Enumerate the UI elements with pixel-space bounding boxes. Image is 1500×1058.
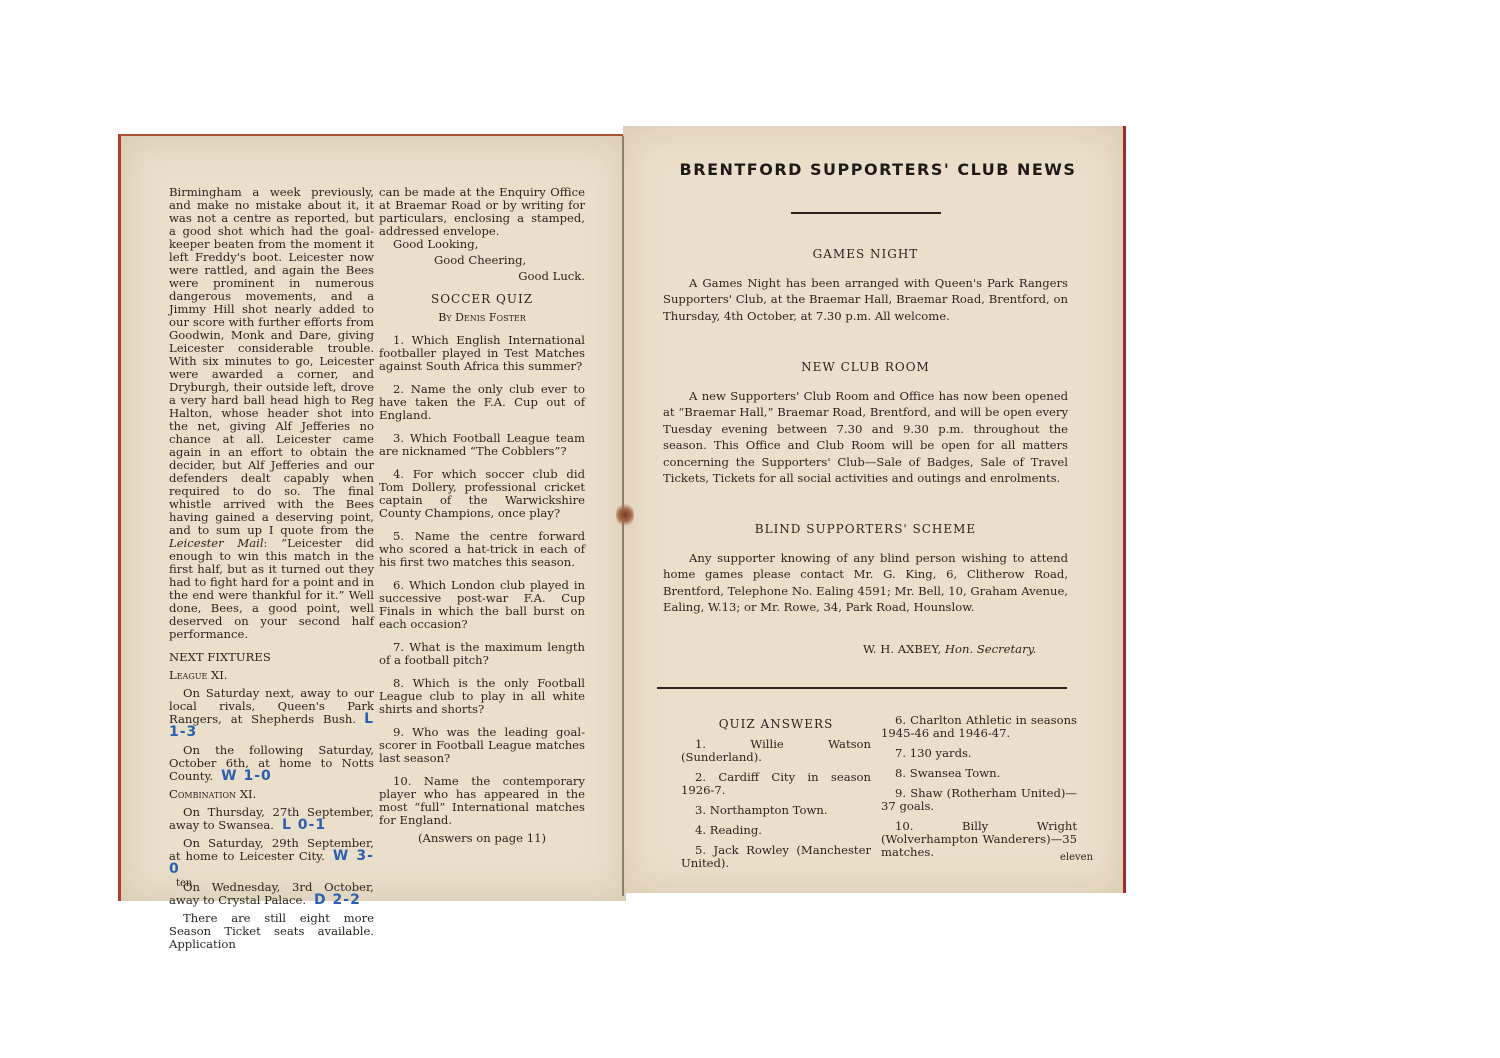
fixture-item: On Thursday, 27th September, away to Swa… (169, 806, 374, 832)
handwritten-result: W 1-0 (221, 768, 272, 784)
combination-heading: Combination XI. (169, 788, 374, 801)
signoff-line: Good Luck. (379, 270, 585, 283)
quiz-question: 4. For which soccer club did Tom Dollery… (379, 468, 585, 520)
season-ticket-note: There are still eight more Season Ticket… (169, 912, 374, 951)
quiz-answer: 2. Cardiff City in season 1926-7. (681, 771, 871, 797)
left-page: Birmingham a week previously, and make n… (118, 134, 626, 901)
divider (657, 687, 1067, 689)
quiz-answer: 10. Billy Wright (Wolverhampton Wanderer… (881, 820, 1077, 859)
quiz-answers-heading: QUIZ ANSWERS (681, 718, 871, 731)
fixture-item: On Saturday next, away to our local riva… (169, 687, 374, 739)
section-heading: NEW CLUB ROOM (663, 359, 1068, 376)
quiz-answer: 4. Reading. (681, 824, 871, 837)
signature-title: Hon. Secretary. (945, 642, 1036, 656)
section-heading: GAMES NIGHT (663, 246, 1068, 263)
section-body: A Games Night has been arranged with Que… (663, 275, 1068, 325)
league-heading: League XI. (169, 669, 374, 682)
section-blind-supporters: BLIND SUPPORTERS' SCHEME Any supporter k… (663, 521, 1068, 616)
quiz-answers-col-2: 6. Charlton Athletic in seasons 1945-46 … (881, 714, 1077, 866)
fixture-item: On Saturday, 29th September, at home to … (169, 837, 374, 876)
divider (791, 212, 941, 214)
handwritten-result: L 0-1 (282, 817, 326, 833)
right-page: BRENTFORD SUPPORTERS' CLUB NEWS GAMES NI… (623, 126, 1126, 893)
quiz-question: 6. Which London club played in successiv… (379, 579, 585, 631)
programme-spread: Birmingham a week previously, and make n… (118, 126, 1128, 901)
handwritten-result: D 2-2 (314, 892, 361, 908)
signature: W. H. AXBEY, Hon. Secretary. (863, 642, 1036, 656)
quiz-question: 10. Name the contemporary player who has… (379, 775, 585, 827)
fixture-item: On Wednesday, 3rd October, away to Cryst… (169, 881, 374, 907)
quiz-question: 9. Who was the leading goal-scorer in Fo… (379, 726, 585, 765)
quiz-question: 5. Name the centre forward who scored a … (379, 530, 585, 569)
quiz-question: 3. Which Football League team are nickna… (379, 432, 585, 458)
quiz-answer: 1. Willie Watson (Sunderland). (681, 738, 871, 764)
left-column-1: Birmingham a week previously, and make n… (169, 186, 374, 951)
fixtures-heading: NEXT FIXTURES (169, 651, 374, 664)
answers-note: (Answers on page 11) (379, 832, 585, 845)
page-title: BRENTFORD SUPPORTERS' CLUB NEWS (678, 160, 1078, 179)
quiz-answer: 9. Shaw (Rotherham United)—37 goals. (881, 787, 1077, 813)
quiz-question: 1. Which English International footballe… (379, 334, 585, 373)
section-body: A new Supporters' Club Room and Office h… (663, 388, 1068, 487)
signature-name: W. H. AXBEY, (863, 642, 941, 656)
signoff-line: Good Cheering, (379, 254, 585, 267)
quiz-question: 7. What is the maximum length of a footb… (379, 641, 585, 667)
section-heading: BLIND SUPPORTERS' SCHEME (663, 521, 1068, 538)
section-body: Any supporter knowing of any blind perso… (663, 550, 1068, 616)
quiz-answer: 8. Swansea Town. (881, 767, 1077, 780)
signoff-line: Good Looking, (379, 238, 585, 251)
page-number-right: eleven (1060, 852, 1093, 863)
quiz-question: 8. Which is the only Football League clu… (379, 677, 585, 716)
staple-stain (616, 502, 634, 528)
quiz-title: SOCCER QUIZ (379, 293, 585, 306)
page-number-left: ten (176, 878, 192, 889)
quiz-answer: 7. 130 yards. (881, 747, 1077, 760)
quiz-byline: By Denis Foster (379, 311, 585, 324)
quiz-question: 2. Name the only club ever to have taken… (379, 383, 585, 422)
section-new-club-room: NEW CLUB ROOM A new Supporters' Club Roo… (663, 359, 1068, 487)
quiz-answer: 5. Jack Rowley (Manchester United). (681, 844, 871, 870)
quiz-answer: 3. Northampton Town. (681, 804, 871, 817)
enquiry-continuation: can be made at the Enquiry Office at Bra… (379, 186, 585, 238)
fixture-item: On the following Saturday, October 6th, … (169, 744, 374, 783)
quiz-answer: 6. Charlton Athletic in seasons 1945-46 … (881, 714, 1077, 740)
match-report: Birmingham a week previously, and make n… (169, 186, 374, 641)
section-games-night: GAMES NIGHT A Games Night has been arran… (663, 246, 1068, 324)
left-column-2: can be made at the Enquiry Office at Bra… (379, 186, 585, 845)
quiz-answers-col-1: QUIZ ANSWERS 1. Willie Watson (Sunderlan… (681, 718, 871, 877)
